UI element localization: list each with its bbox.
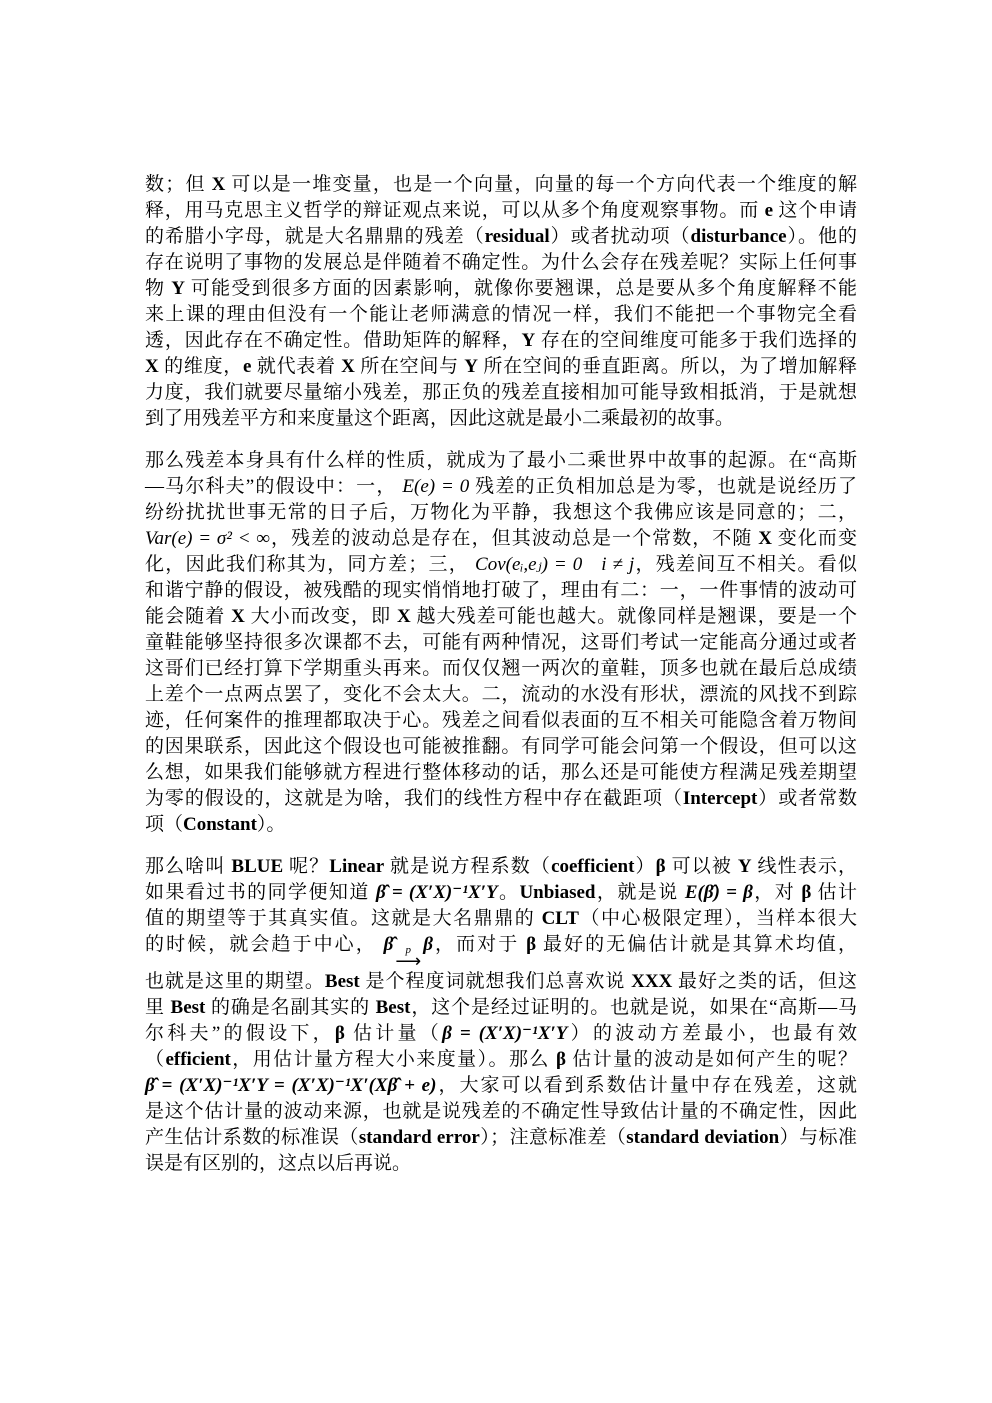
text-run: 童鞋能够坚持很多次课都不去，可能有两种情况，这哥们考试一定能高分通过或者 <box>145 632 857 653</box>
latin-term: X <box>341 356 355 377</box>
text-run: 的时候，就会趋于中心， <box>145 934 384 955</box>
text-run: 物 <box>145 278 171 299</box>
latin-term: Best <box>171 997 206 1018</box>
converges-in-probability-arrow: p⟶ <box>395 946 421 969</box>
text-run: 。 <box>498 882 520 903</box>
text-run: ，残差的波动总是存在，但其波动总是一个常数，不随 <box>270 528 758 549</box>
text-line: 存在说明了事物的发展总是伴随着不确定性。为什么会存在残差呢？实际上任何事 <box>145 250 857 276</box>
latin-term: β <box>526 934 536 955</box>
text-run: 的因果联系，因此这个假设也可能被推翻。有同学可能会问第一个假设，但可以这 <box>145 736 857 757</box>
math-formula: β̂ <box>384 934 394 955</box>
math-formula: β <box>423 934 433 955</box>
latin-term: X <box>397 606 411 627</box>
latin-term: residual <box>485 226 550 247</box>
latin-term: Best <box>325 971 360 992</box>
long-right-arrow: ⟶ <box>395 955 421 969</box>
text-line: 和谐宁静的假设，被残酷的现实悄悄地打破了，理由有二：一，一件事情的波动可 <box>145 578 857 604</box>
text-run: 尔科夫”的假设下， <box>145 1023 335 1044</box>
text-line: 的时候，就会趋于中心， β̂p⟶β，而对于 β 最好的无偏估计就是其算术均值， <box>145 932 857 969</box>
text-run: —马尔科夫”的假设中：一， <box>145 476 402 497</box>
math-formula: β = (X′X)⁻¹X′Y <box>442 1023 567 1044</box>
text-run: 误是有区别的，这点以后再说。 <box>145 1153 411 1174</box>
text-run: 项（ <box>145 814 183 835</box>
text-line: 为零的假设的，这就是为啥，我们的线性方程中存在截距项（Intercept）或者常… <box>145 786 857 812</box>
text-run: 估计量（ <box>345 1023 442 1044</box>
text-run: 可以是一堆变量，也是一个向量，向量的每一个方向代表一个维度的解 <box>225 174 857 195</box>
text-line: 纷纷扰扰世事无常的日子后，万物化为平静，我想这个我佛应该是同意的；二， <box>145 500 857 526</box>
latin-term: XXX <box>631 971 672 992</box>
latin-term: Constant <box>183 814 257 835</box>
text-run: 力度，我们就要尽量缩小残差，那正负的残差直接相加可能导致相抵消，于是就想 <box>145 382 857 403</box>
text-run: ）；注意标准差（ <box>480 1127 626 1148</box>
text-run: 大小而改变，即 <box>245 606 397 627</box>
text-line: 里 Best 的确是名副其实的 Best，这个是经过证明的。也就是说，如果在“高… <box>145 995 857 1021</box>
text-line: 透，因此存在不确定性。借助矩阵的解释，Y 存在的空间维度可能多于我们选择的 <box>145 328 857 354</box>
latin-term: standard error <box>359 1127 480 1148</box>
text-run: ）的波动方差最小，也最有效 <box>567 1023 857 1044</box>
document-text: 数；但 X 可以是一堆变量，也是一个向量，向量的每一个方向代表一个维度的解释，用… <box>145 172 857 1193</box>
text-run: 就是说方程系数（ <box>384 856 551 877</box>
latin-term: β <box>556 1049 566 1070</box>
text-run: 释，用马克思主义哲学的辩证观点来说，可以从多个角度观察事物。而 <box>145 200 765 221</box>
latin-term: CLT <box>542 908 579 929</box>
text-run: ）与标准 <box>779 1127 857 1148</box>
text-line: 这哥们已经打算下学期重头再来。而仅仅翘一两次的童鞋，顶多也就在最后总成绩 <box>145 656 857 682</box>
text-run: ，对 <box>753 882 801 903</box>
latin-term: coefficient <box>551 856 634 877</box>
latin-term: Best <box>376 997 411 1018</box>
text-line: 能会随着 X 大小而改变，即 X 越大残差可能也越大。就像同样是翘课，要是一个 <box>145 604 857 630</box>
text-line: β̂ = (X′X)⁻¹X′Y = (X′X)⁻¹X′(Xβ̂ + e)，大家可… <box>145 1073 857 1099</box>
text-run: ）或者常数 <box>757 788 857 809</box>
text-line: 那么啥叫 BLUE 呢？Linear 就是说方程系数（coefficient）β… <box>145 854 857 880</box>
text-line: 么想，如果我们能够就方程进行整体移动的话，那么还是可能使方程满足残差期望 <box>145 760 857 786</box>
text-run: 最好的无偏估计就是其算术均值， <box>536 934 857 955</box>
text-line: 到了用残差平方和来度量这个距离，因此这就是最小二乘最初的故事。 <box>145 406 857 432</box>
text-run: 里 <box>145 997 171 1018</box>
text-line: 那么残差本身具有什么样的性质，就成为了最小二乘世界中故事的起源。在“高斯 <box>145 448 857 474</box>
text-run: （ <box>145 1049 165 1070</box>
text-run: 线性表示， <box>752 856 857 877</box>
text-line: 来上课的理由但没有一个能让老师满意的情况一样，我们不能把一个事物完全看 <box>145 302 857 328</box>
text-line: 释，用马克思主义哲学的辩证观点来说，可以从多个角度观察事物。而 e 这个申请 <box>145 198 857 224</box>
text-run: 如果看过书的同学便知道 <box>145 882 376 903</box>
text-line: 童鞋能够坚持很多次课都不去，可能有两种情况，这哥们考试一定能高分通过或者 <box>145 630 857 656</box>
latin-term: X <box>758 528 772 549</box>
text-run: 产生估计系数的标准误（ <box>145 1127 359 1148</box>
latin-term: X <box>145 356 159 377</box>
text-line: 是这个估计量的波动来源，也就是说残差的不确定性导致估计量的不确定性，因此 <box>145 1099 857 1125</box>
math-formula: β̂ = (X′X)⁻¹X′Y = (X′X)⁻¹X′(Xβ̂ + e) <box>145 1075 436 1096</box>
text-line: 迹，任何案件的推理都取决于心。残差之间看似表面的互不相关可能隐含着万物间 <box>145 708 857 734</box>
text-line: 物 Y 可能受到很多方面的因素影响，就像你要翘课，总是要从多个角度解释不能 <box>145 276 857 302</box>
text-run: 纷纷扰扰世事无常的日子后，万物化为平静，我想这个我佛应该是同意的；二， <box>145 502 857 523</box>
text-run: 是个程度词就想我们总喜欢说 <box>360 971 631 992</box>
latin-term: BLUE <box>231 856 283 877</box>
math-formula: E(e) = 0 <box>402 476 469 497</box>
text-run: 的确是名副其实的 <box>205 997 375 1018</box>
text-run: 估计 <box>811 882 857 903</box>
paragraph-2: 那么残差本身具有什么样的性质，就成为了最小二乘世界中故事的起源。在“高斯—马尔科… <box>145 448 857 838</box>
paragraph-1: 数；但 X 可以是一堆变量，也是一个向量，向量的每一个方向代表一个维度的解释，用… <box>145 172 857 432</box>
text-line: 上差个一点两点罢了，变化不会太大。二，流动的水没有形状，漂流的风找不到踪 <box>145 682 857 708</box>
text-run: 所在空间与 <box>355 356 464 377</box>
text-line: 值的期望等于其真实值。这就是大名鼎鼎的 CLT（中心极限定理），当样本很大 <box>145 906 857 932</box>
text-run: 这哥们已经打算下学期重头再来。而仅仅翘一两次的童鞋，顶多也就在最后总成绩 <box>145 658 857 679</box>
text-run: 存在的空间维度可能多于我们选择的 <box>535 330 857 351</box>
text-line: 误是有区别的，这点以后再说。 <box>145 1151 857 1177</box>
text-run: 数；但 <box>145 174 212 195</box>
document-page: 数；但 X 可以是一堆变量，也是一个向量，向量的每一个方向代表一个维度的解释，用… <box>0 0 992 1403</box>
latin-term: Y <box>521 330 535 351</box>
text-run: 到了用残差平方和来度量这个距离，因此这就是最小二乘最初的故事。 <box>145 408 734 429</box>
math-formula: Var(e) = σ² < ∞ <box>145 528 270 549</box>
math-formula: E(β̂) = β <box>685 882 753 903</box>
text-run: ，这个是经过证明的。也就是说，如果在“高斯—马 <box>410 997 857 1018</box>
math-formula: Cov(eᵢ,eⱼ) = 0 i ≠ j <box>475 554 634 575</box>
text-run: 透，因此存在不确定性。借助矩阵的解释， <box>145 330 521 351</box>
text-line: 如果看过书的同学便知道 β̂ = (X′X)⁻¹X′Y。Unbiased，就是说… <box>145 880 857 906</box>
text-line: 化，因此我们称其为，同方差；三， Cov(eᵢ,eⱼ) = 0 i ≠ j，残差… <box>145 552 857 578</box>
text-run: 化，因此我们称其为，同方差；三， <box>145 554 475 575</box>
text-line: 项（Constant）。 <box>145 812 857 838</box>
text-run: ，就是说 <box>595 882 684 903</box>
latin-term: β <box>335 1023 345 1044</box>
text-line: 产生估计系数的标准误（standard error）；注意标准差（standar… <box>145 1125 857 1151</box>
latin-term: β <box>801 882 811 903</box>
text-run: ，用估计量方程大小来度量）。那么 <box>231 1049 556 1070</box>
text-run: 估计量的波动是如何产生的呢？ <box>566 1049 857 1070</box>
text-run: 迹，任何案件的推理都取决于心。残差之间看似表面的互不相关可能隐含着万物间 <box>145 710 857 731</box>
latin-term: efficient <box>165 1049 230 1070</box>
latin-term: X <box>212 174 226 195</box>
text-run: 最好之类的话，但这 <box>672 971 857 992</box>
text-run: 是这个估计量的波动来源，也就是说残差的不确定性导致估计量的不确定性，因此 <box>145 1101 857 1122</box>
latin-term: disturbance <box>691 226 787 247</box>
text-run: ）或者扰动项（ <box>550 226 691 247</box>
text-line: 的因果联系，因此这个假设也可能被推翻。有同学可能会问第一个假设，但可以这 <box>145 734 857 760</box>
latin-term: β <box>656 856 666 877</box>
text-run: 就代表着 <box>251 356 341 377</box>
text-run: ）。 <box>257 814 286 835</box>
latin-term: standard deviation <box>626 1127 779 1148</box>
text-run: ） <box>634 856 655 877</box>
text-run: 为零的假设的，这就是为啥，我们的线性方程中存在截距项（ <box>145 788 683 809</box>
text-run: 那么残差本身具有什么样的性质，就成为了最小二乘世界中故事的起源。在“高斯 <box>145 450 857 471</box>
text-run: 上差个一点两点罢了，变化不会太大。二，流动的水没有形状，漂流的风找不到踪 <box>145 684 857 705</box>
text-line: 也就是这里的期望。Best 是个程度词就想我们总喜欢说 XXX 最好之类的话，但… <box>145 969 857 995</box>
text-run: 也就是这里的期望。 <box>145 971 325 992</box>
text-run: ）。他的 <box>787 226 857 247</box>
text-run: 么想，如果我们能够就方程进行整体移动的话，那么还是可能使方程满足残差期望 <box>145 762 857 783</box>
text-run: ，大家可以看到系数估计量中存在残差，这就 <box>436 1075 857 1096</box>
latin-term: Unbiased <box>519 882 595 903</box>
text-run: ，残差间互不相关。看似 <box>634 554 857 575</box>
text-run: ，而对于 <box>433 934 526 955</box>
text-run: 所在空间的垂直距离。所以，为了增加解释 <box>478 356 857 377</box>
text-run: 和谐宁静的假设，被残酷的现实悄悄地打破了，理由有二：一，一件事情的波动可 <box>145 580 857 601</box>
latin-term: Y <box>738 856 752 877</box>
text-run: 越大残差可能也越大。就像同样是翘课，要是一个 <box>411 606 857 627</box>
latin-term: Linear <box>329 856 384 877</box>
text-run: 这个申请 <box>773 200 857 221</box>
latin-term: Y <box>464 356 478 377</box>
paragraph-3: 那么啥叫 BLUE 呢？Linear 就是说方程系数（coefficient）β… <box>145 854 857 1177</box>
text-run: 能会随着 <box>145 606 231 627</box>
text-line: 尔科夫”的假设下，β 估计量（β = (X′X)⁻¹X′Y）的波动方差最小，也最… <box>145 1021 857 1047</box>
text-line: Var(e) = σ² < ∞，残差的波动总是存在，但其波动总是一个常数，不随 … <box>145 526 857 552</box>
text-run: 可能受到很多方面的因素影响，就像你要翘课，总是要从多个角度解释不能 <box>185 278 857 299</box>
text-line: 数；但 X 可以是一堆变量，也是一个向量，向量的每一个方向代表一个维度的解 <box>145 172 857 198</box>
latin-term: Y <box>171 278 185 299</box>
text-run: 那么啥叫 <box>145 856 231 877</box>
text-run: 值的期望等于其真实值。这就是大名鼎鼎的 <box>145 908 542 929</box>
text-run: 可以被 <box>666 856 738 877</box>
latin-term: e <box>765 200 773 221</box>
text-line: （efficient，用估计量方程大小来度量）。那么 β 估计量的波动是如何产生… <box>145 1047 857 1073</box>
text-run: 存在说明了事物的发展总是伴随着不确定性。为什么会存在残差呢？实际上任何事 <box>145 252 857 273</box>
text-run: 来上课的理由但没有一个能让老师满意的情况一样，我们不能把一个事物完全看 <box>145 304 857 325</box>
math-formula: β̂ = (X′X)⁻¹X′Y <box>376 882 498 903</box>
text-run: 呢？ <box>283 856 329 877</box>
text-line: —马尔科夫”的假设中：一， E(e) = 0 残差的正负相加总是为零，也就是说经… <box>145 474 857 500</box>
text-line: X 的维度，e 就代表着 X 所在空间与 Y 所在空间的垂直距离。所以，为了增加… <box>145 354 857 380</box>
text-run: 的希腊小字母，就是大名鼎鼎的残差（ <box>145 226 485 247</box>
latin-term: Intercept <box>683 788 758 809</box>
text-run: 残差的正负相加总是为零，也就是说经历了 <box>469 476 857 497</box>
latin-term: X <box>231 606 245 627</box>
text-run: 的维度， <box>159 356 243 377</box>
text-run: （中心极限定理），当样本很大 <box>579 908 857 929</box>
text-line: 力度，我们就要尽量缩小残差，那正负的残差直接相加可能导致相抵消，于是就想 <box>145 380 857 406</box>
text-line: 的希腊小字母，就是大名鼎鼎的残差（residual）或者扰动项（disturba… <box>145 224 857 250</box>
text-run: 变化而变 <box>772 528 857 549</box>
